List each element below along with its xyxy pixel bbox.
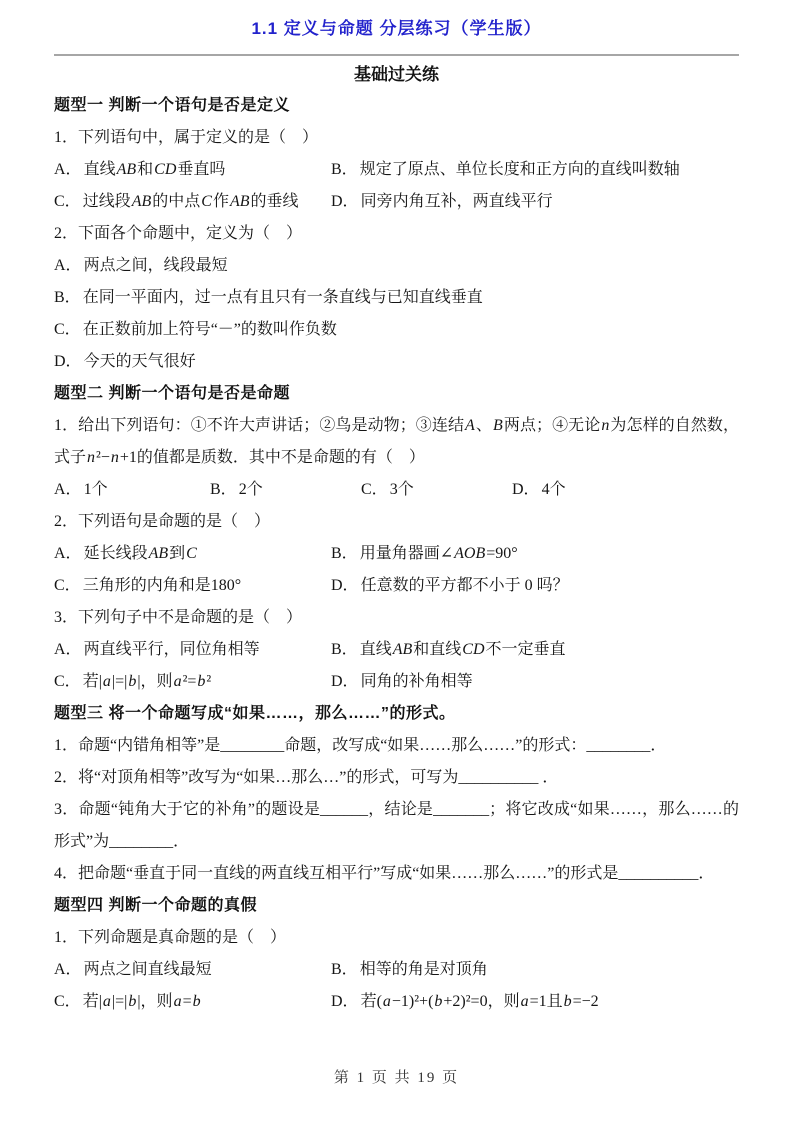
option-b: B．直线AB和直线CD不一定垂直 <box>331 634 739 666</box>
option-grid: A．1个 B．2个 C．3个 D．4个 <box>54 474 739 506</box>
title-divider <box>54 54 739 56</box>
option-d: D．任意数的平方都不小于 0 吗？ <box>331 570 739 602</box>
option-b: B．相等的角是对顶角 <box>331 954 739 986</box>
option-grid: A．两点之间直线最短 B．相等的角是对顶角 C．若|a|=|b|，则a=b D．… <box>54 954 739 1018</box>
option-letter: D． <box>331 993 359 1010</box>
option-letter: D． <box>331 193 359 210</box>
option-d: D．4个 <box>512 474 739 506</box>
question-stem: 2．将“对顶角相等”改写为“如果…那么…”的形式，可写为__________ ． <box>54 762 739 794</box>
option-text: 用量角器画∠AOB=90° <box>360 545 518 562</box>
option-letter: D． <box>331 673 359 690</box>
option-c: C．3个 <box>361 474 512 506</box>
option-grid: A．直线AB和CD垂直吗 B．规定了原点、单位长度和正方向的直线叫数轴 C．过线… <box>54 154 739 218</box>
option-text: 同角的补角相等 <box>361 673 473 690</box>
option-letter: D． <box>331 577 359 594</box>
option-letter: B． <box>331 961 358 978</box>
option-d: D．同角的补角相等 <box>331 666 739 698</box>
question-stem: 2．下列语句是命题的是（ ） <box>54 506 739 538</box>
page-title: 1.1 定义与命题 分层练习（学生版） <box>54 14 739 44</box>
option-a: A．两直线平行，同位角相等 <box>54 634 331 666</box>
section-heading-4: 题型四 判断一个命题的真假 <box>54 890 739 922</box>
option-text: 在正数前加上符号“－”的数叫作负数 <box>83 321 337 338</box>
option-text: 同旁内角互补，两直线平行 <box>361 193 553 210</box>
option-text: 两点之间直线最短 <box>84 961 212 978</box>
option-a: A．两点之间直线最短 <box>54 954 331 986</box>
question-stem: 1．给出下列语句：①不许大声讲话；②鸟是动物；③连结A、B两点；④无论n为怎样的… <box>54 410 739 474</box>
option-text: 3个 <box>390 481 414 498</box>
option-text: 1个 <box>84 481 108 498</box>
option-letter: A． <box>54 257 82 274</box>
option-letter: C． <box>54 193 81 210</box>
option-text: 相等的角是对顶角 <box>360 961 488 978</box>
option-b: B．用量角器画∠AOB=90° <box>331 538 739 570</box>
option-letter: A． <box>54 961 82 978</box>
question-stem: 3．命题“钝角大于它的补角”的题设是______，结论是_______；将它改成… <box>54 794 739 858</box>
option-letter: C． <box>54 577 81 594</box>
option-grid: A．延长线段AB到C B．用量角器画∠AOB=90° C．三角形的内角和是180… <box>54 538 739 602</box>
worksheet-page: 1.1 定义与命题 分层练习（学生版） 基础过关练 题型一 判断一个语句是否是定… <box>0 0 793 1122</box>
option-text: 任意数的平方都不小于 0 吗？ <box>361 577 569 594</box>
option-d: D．若(a−1)²+(b+2)²=0，则a=1且b=−2 <box>331 986 739 1018</box>
option-letter: B． <box>331 161 358 178</box>
option-letter: C． <box>54 993 81 1010</box>
option-text: 若|a|=|b|，则a²=b² <box>83 673 212 690</box>
question-stem: 2．下面各个命题中，定义为（ ） <box>54 218 739 250</box>
option-text: 4个 <box>542 481 566 498</box>
option-b: B．规定了原点、单位长度和正方向的直线叫数轴 <box>331 154 739 186</box>
option-a: A．直线AB和CD垂直吗 <box>54 154 331 186</box>
option-letter: B． <box>210 481 237 498</box>
option-list: A．两点之间，线段最短 B．在同一平面内，过一点有且只有一条直线与已知直线垂直 … <box>54 250 739 378</box>
option-b: B．在同一平面内，过一点有且只有一条直线与已知直线垂直 <box>54 282 739 314</box>
option-text: 若|a|=|b|，则a=b <box>83 993 202 1010</box>
option-text: 直线AB和直线CD不一定垂直 <box>360 641 566 658</box>
option-c: C．若|a|=|b|，则a=b <box>54 986 331 1018</box>
option-c: C．过线段AB的中点C作AB的垂线 <box>54 186 331 218</box>
option-letter: A． <box>54 641 82 658</box>
option-text: 两点之间，线段最短 <box>84 257 228 274</box>
option-letter: C． <box>54 673 81 690</box>
option-letter: D． <box>54 353 82 370</box>
section-heading-3: 题型三 将一个命题写成“如果……，那么……”的形式。 <box>54 698 739 730</box>
option-letter: C． <box>54 321 81 338</box>
question-stem: 4．把命题“垂直于同一直线的两直线互相平行”写成“如果……那么……”的形式是__… <box>54 858 739 890</box>
option-c: C．若|a|=|b|，则a²=b² <box>54 666 331 698</box>
question-stem: 1．下列语句中，属于定义的是（ ） <box>54 122 739 154</box>
option-a: A．延长线段AB到C <box>54 538 331 570</box>
option-grid: A．两直线平行，同位角相等 B．直线AB和直线CD不一定垂直 C．若|a|=|b… <box>54 634 739 698</box>
option-letter: C． <box>361 481 388 498</box>
option-a: A．1个 <box>54 474 210 506</box>
option-text: 规定了原点、单位长度和正方向的直线叫数轴 <box>360 161 680 178</box>
option-text: 2个 <box>239 481 263 498</box>
option-text: 延长线段AB到C <box>84 545 198 562</box>
option-text: 今天的天气很好 <box>84 353 196 370</box>
option-letter: A． <box>54 545 82 562</box>
option-text: 直线AB和CD垂直吗 <box>84 161 226 178</box>
question-stem: 1．下列命题是真命题的是（ ） <box>54 922 739 954</box>
option-a: A．两点之间，线段最短 <box>54 250 739 282</box>
option-text: 三角形的内角和是180° <box>83 577 241 594</box>
option-b: B．2个 <box>210 474 361 506</box>
question-stem: 1．命题“内错角相等”是________命题，改写成“如果……那么……”的形式：… <box>54 730 739 762</box>
option-letter: B． <box>331 545 358 562</box>
option-d: D．今天的天气很好 <box>54 346 739 378</box>
option-letter: B． <box>331 641 358 658</box>
option-text: 过线段AB的中点C作AB的垂线 <box>83 193 299 210</box>
section-heading-1: 题型一 判断一个语句是否是定义 <box>54 90 739 122</box>
practice-banner: 基础过关练 <box>54 60 739 90</box>
option-letter: D． <box>512 481 540 498</box>
option-letter: B． <box>54 289 81 306</box>
section-heading-2: 题型二 判断一个语句是否是命题 <box>54 378 739 410</box>
option-d: D．同旁内角互补，两直线平行 <box>331 186 739 218</box>
option-c: C．在正数前加上符号“－”的数叫作负数 <box>54 314 739 346</box>
page-number: 第 1 页 共 19 页 <box>0 1066 793 1087</box>
option-letter: A． <box>54 161 82 178</box>
option-letter: A． <box>54 481 82 498</box>
option-text: 两直线平行，同位角相等 <box>84 641 260 658</box>
option-text: 若(a−1)²+(b+2)²=0，则a=1且b=−2 <box>361 993 599 1010</box>
option-text: 在同一平面内，过一点有且只有一条直线与已知直线垂直 <box>83 289 483 306</box>
question-stem: 3．下列句子中不是命题的是（ ） <box>54 602 739 634</box>
option-c: C．三角形的内角和是180° <box>54 570 331 602</box>
